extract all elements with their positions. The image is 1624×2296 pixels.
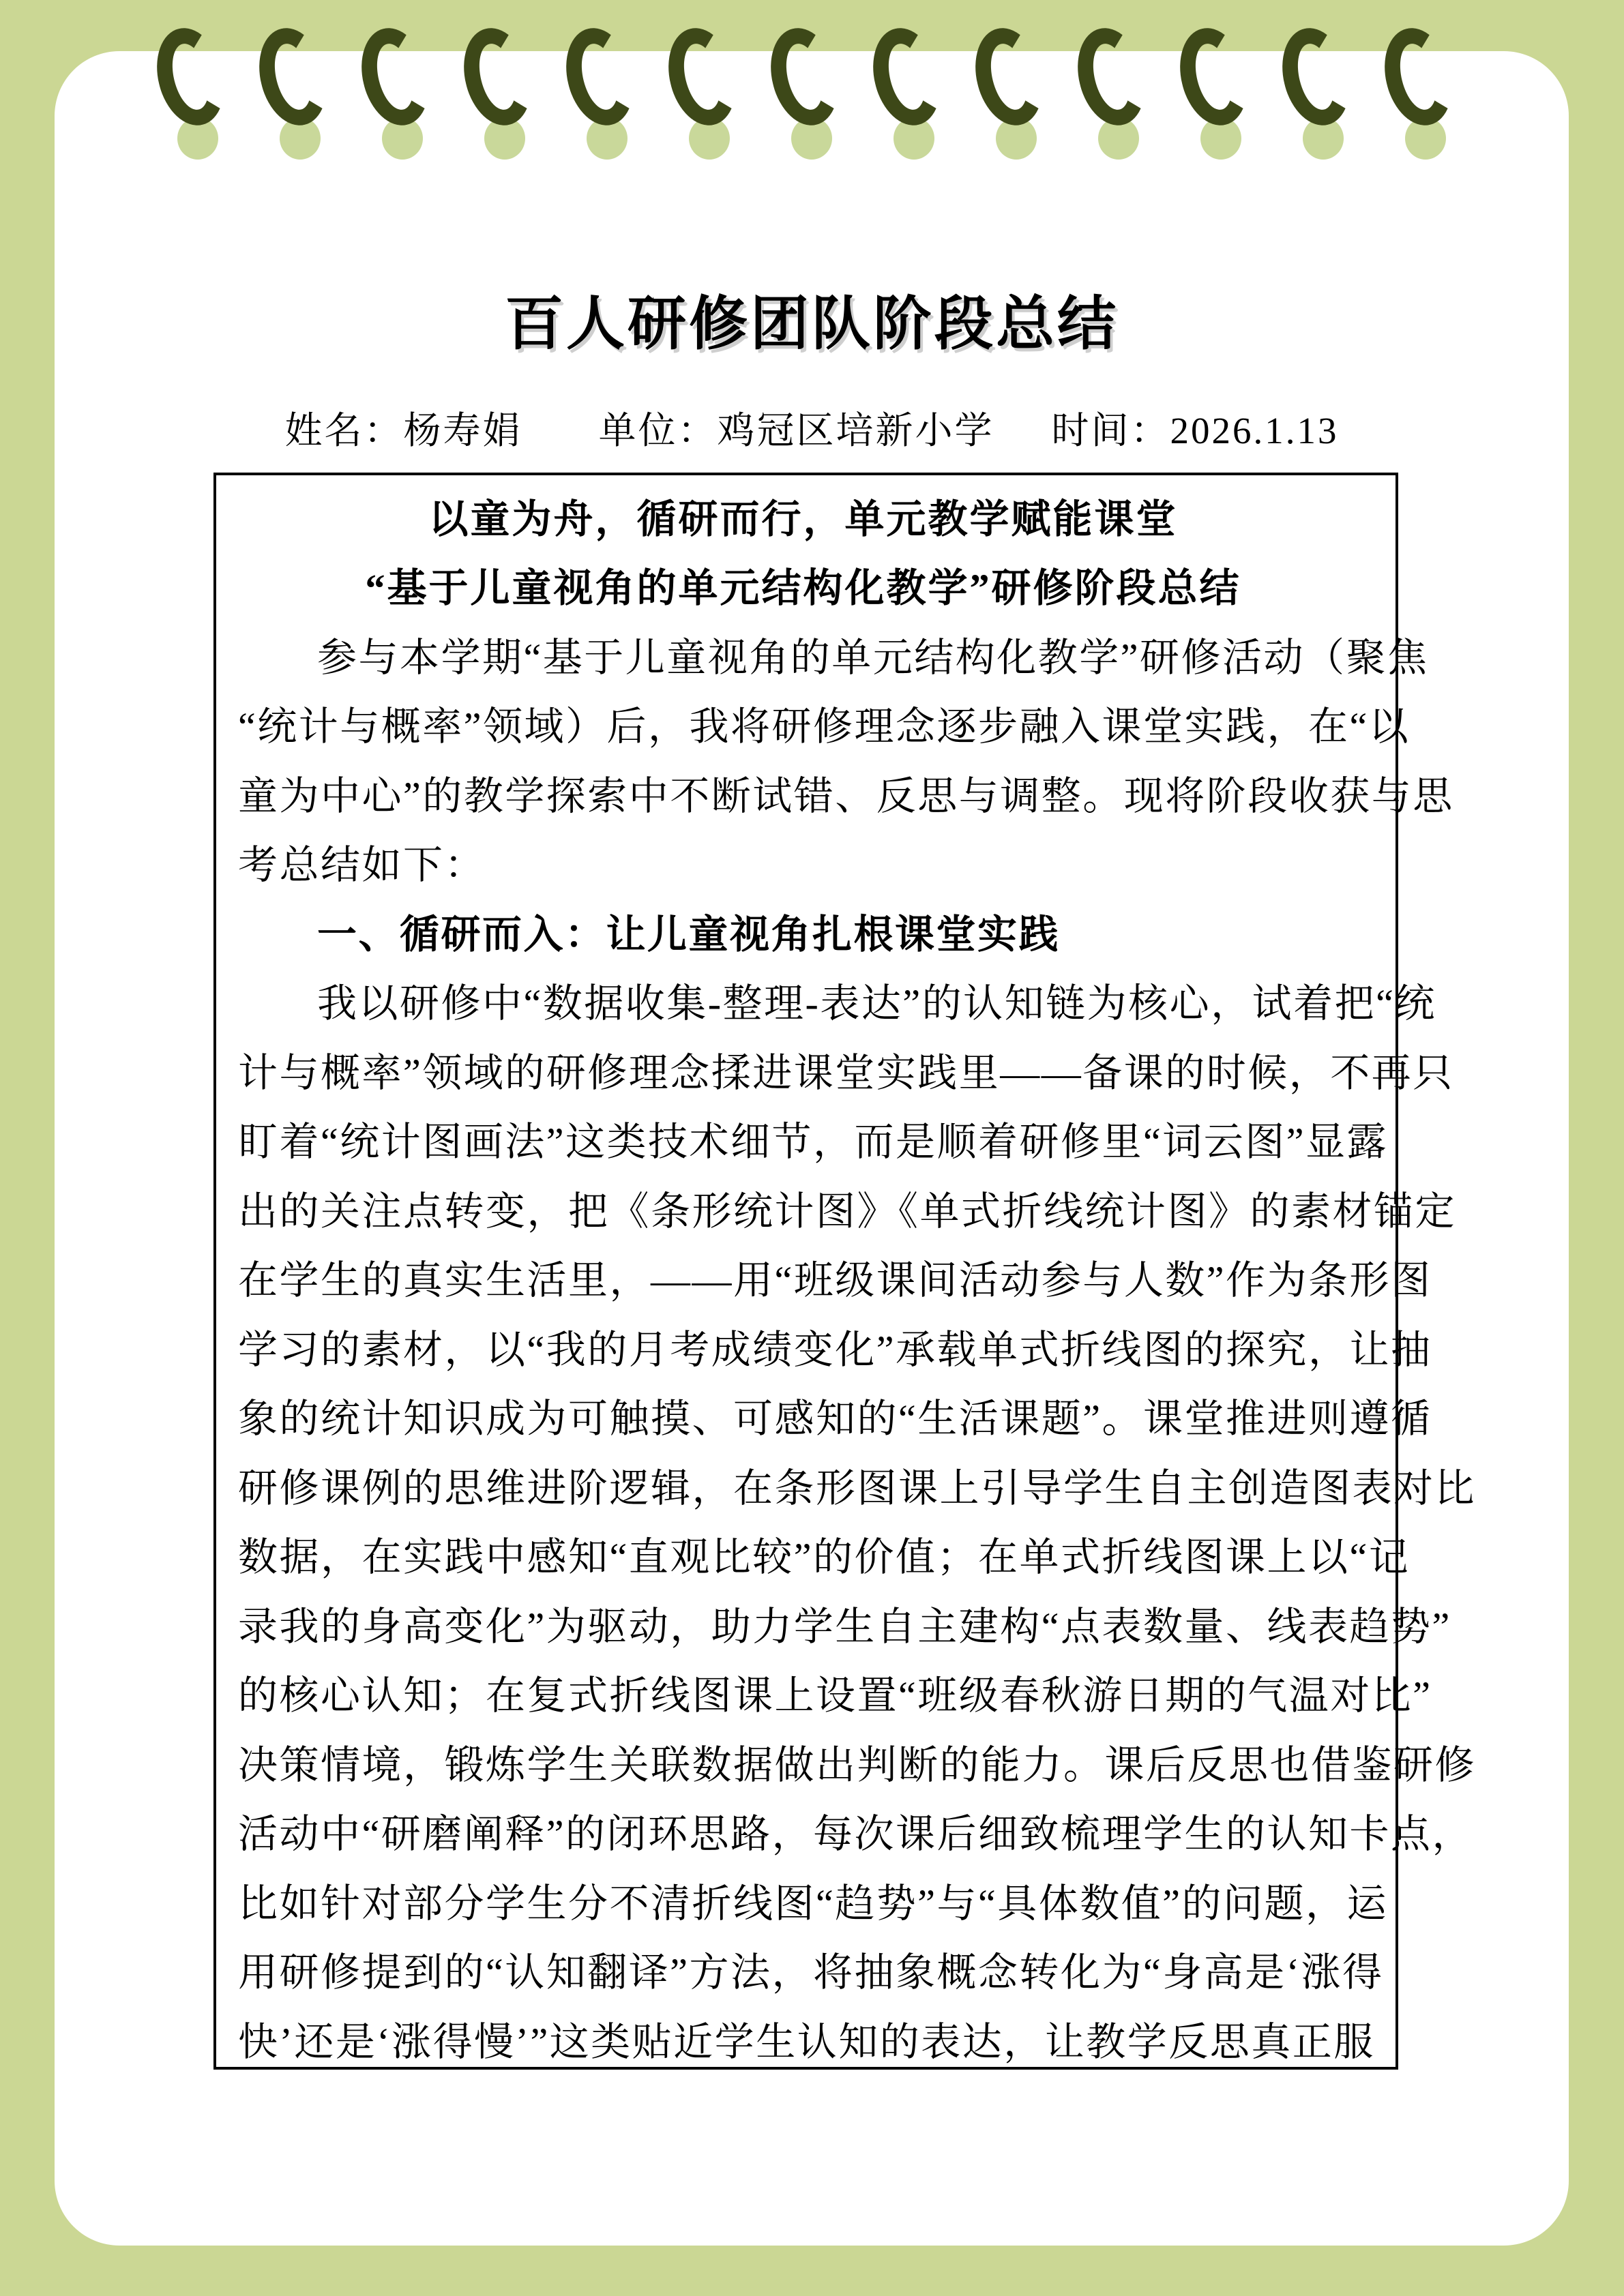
page-title: 百人研修团队阶段总结	[55, 276, 1569, 361]
text-line: 用研修提到的“认知翻译”方法，将抽象概念转化为“身高是‘涨得	[238, 1935, 1368, 2004]
text-line: 比如针对部分学生分不清折线图“趋势”与“具体数值”的问题，运	[238, 1865, 1368, 1935]
text-line: 快’还是‘涨得慢’”这类贴近学生认知的表达，让教学反思真正服	[238, 2003, 1368, 2073]
unit-label: 单位：	[598, 410, 717, 451]
text-line: 童为中心”的教学探索中不断试错、反思与调整。现将阶段收获与思	[238, 758, 1368, 827]
text-line: 在学生的真实生活里，——用“班级课间活动参与人数”作为条形图	[238, 1242, 1368, 1312]
document-background: { "page": { "title": "百人研修团队阶段总结", "info…	[0, 0, 1624, 2296]
name-label: 姓名：	[284, 410, 403, 451]
text-line: 数据，在实践中感知“直观比较”的价值；在单式折线图课上以“记	[238, 1519, 1368, 1589]
text-line: 以童为舟，循研而行，单元教学赋能课堂	[238, 481, 1368, 550]
meta-name: 姓名：杨寿娟	[284, 410, 522, 451]
text-line: “基于儿童视角的单元结构化教学”研修阶段总结	[238, 550, 1368, 620]
name-value: 杨寿娟	[403, 410, 522, 451]
summary-box: 以童为舟，循研而行，单元教学赋能课堂“基于儿童视角的单元结构化教学”研修阶段总结…	[213, 473, 1398, 2070]
meta-unit: 单位：鸡冠区培新小学	[598, 410, 994, 451]
unit-value: 鸡冠区培新小学	[718, 410, 994, 451]
text-line: 出的关注点转变，把《条形统计图》《单式折线统计图》的素材锚定	[238, 1173, 1368, 1242]
text-line: 决策情境，锻炼学生关联数据做出判断的能力。课后反思也借鉴研修	[238, 1727, 1368, 1796]
text-line: 活动中“研磨阐释”的闭环思路，每次课后细致梳理学生的认知卡点，	[238, 1796, 1368, 1866]
notebook-page: 百人研修团队阶段总结 姓名：杨寿娟单位：鸡冠区培新小学时间：2026.1.13 …	[55, 51, 1569, 2246]
text-line: 研修课例的思维进阶逻辑，在条形图课上引导学生自主创造图表对比	[238, 1450, 1368, 1519]
time-label: 时间：	[1052, 410, 1170, 451]
text-line: 我以研修中“数据收集-整理-表达”的认知链为核心，试着把“统	[238, 966, 1368, 1035]
meta-info-row: 姓名：杨寿娟单位：鸡冠区培新小学时间：2026.1.13	[55, 400, 1569, 454]
meta-time: 时间：2026.1.13	[1052, 410, 1339, 451]
text-line: 录我的身高变化”为驱动，助力学生自主建构“点表数量、线表趋势”	[238, 1588, 1368, 1658]
time-value: 2026.1.13	[1170, 410, 1339, 451]
text-line: 盯着“统计图画法”这类技术细节，而是顺着研修里“词云图”显露	[238, 1104, 1368, 1174]
text-line: 考总结如下：	[238, 827, 1368, 897]
text-line: “统计与概率”领域）后，我将研修理念逐步融入课堂实践，在“以	[238, 689, 1368, 758]
text-line: 学习的素材，以“我的月考成绩变化”承载单式折线图的探究，让抽	[238, 1311, 1368, 1381]
text-line: 一、循研而入：让儿童视角扎根课堂实践	[238, 896, 1368, 966]
text-line: 象的统计知识成为可触摸、可感知的“生活课题”。课堂推进则遵循	[238, 1381, 1368, 1450]
text-line: 参与本学期“基于儿童视角的单元结构化教学”研修活动（聚焦	[238, 619, 1368, 689]
text-line: 计与概率”领域的研修理念揉进课堂实践里——备课的时候，不再只	[238, 1034, 1368, 1104]
text-line: 的核心认知；在复式折线图课上设置“班级春秋游日期的气温对比”	[238, 1658, 1368, 1727]
